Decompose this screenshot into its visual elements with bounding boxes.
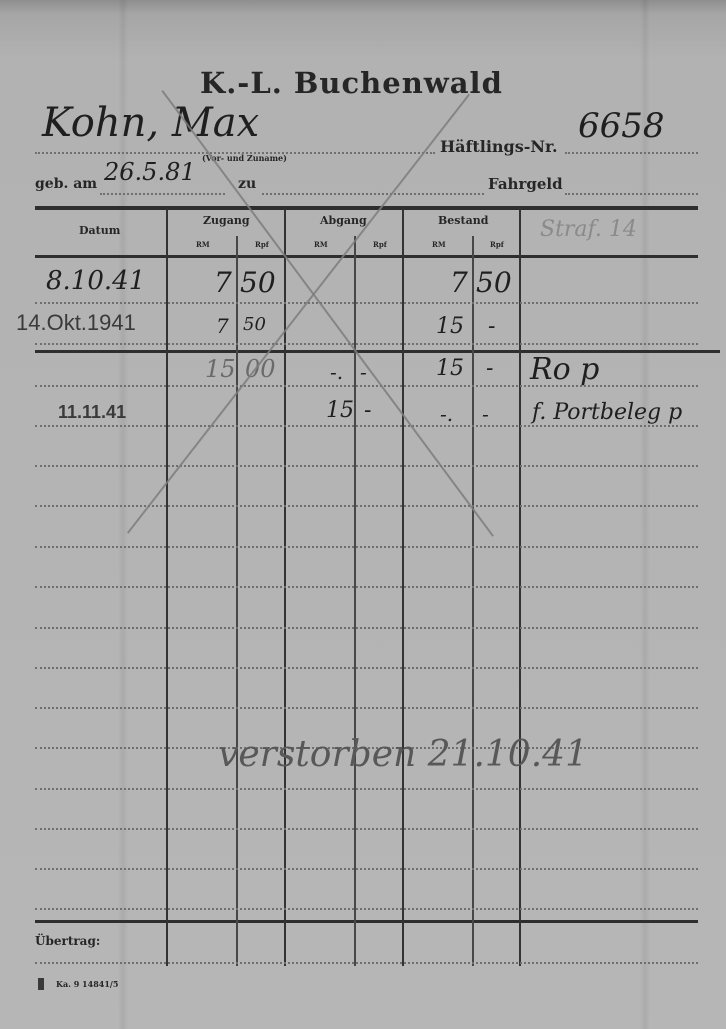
death-note: verstorben 21.10.41 <box>218 734 588 775</box>
printer-mark-icon <box>38 978 44 990</box>
row-line <box>35 707 698 709</box>
row4-out-rm: 15 <box>326 398 354 423</box>
row3-in-rm: 15 <box>205 355 236 383</box>
row2-bal-rpf: - <box>488 314 495 339</box>
col-header-balance: Bestand <box>438 214 488 227</box>
sub-header-rpf: Rpf <box>490 240 504 249</box>
card-title: K.-L. Buchenwald <box>200 66 503 100</box>
row-line <box>35 302 698 304</box>
row1-in-rpf: 50 <box>240 266 276 299</box>
prisoner-no-value: 6658 <box>578 106 665 146</box>
row2-in-rm: 7 <box>216 314 229 338</box>
row4-bal-rpf: - <box>482 402 489 426</box>
prisoner-money-card: K.-L. Buchenwald Kohn, Max (Vor- und Zun… <box>0 0 726 1029</box>
table-bottom-rule <box>35 920 698 923</box>
sub-header-rm: RM <box>196 240 210 249</box>
row3-remark-signature: Ro p <box>530 352 599 387</box>
row-line <box>35 828 698 830</box>
born-dotted-line <box>100 193 225 195</box>
col-divider <box>236 236 238 966</box>
row2-in-rpf: 50 <box>243 314 266 335</box>
row-line <box>35 505 698 507</box>
row4-remark: f. Portbeleg p <box>532 400 682 425</box>
col-header-outgoing: Abgang <box>320 214 367 227</box>
to-dotted-line <box>262 193 484 195</box>
sub-header-rpf: Rpf <box>373 240 387 249</box>
table-subtotal-rule <box>35 350 720 353</box>
row4-date-stamp: 11.11.41 <box>58 402 126 423</box>
prisoner-no-dotted-line <box>565 152 698 154</box>
carry-row-line <box>35 962 698 964</box>
table-top-rule <box>35 206 698 210</box>
row-line <box>35 586 698 588</box>
col-header-incoming: Zugang <box>203 214 250 227</box>
row-line <box>35 465 698 467</box>
col-divider <box>472 236 474 966</box>
row-line <box>35 868 698 870</box>
paper-fold <box>118 0 128 1029</box>
fare-label: Fahrgeld <box>488 175 563 193</box>
fare-dotted-line <box>565 193 698 195</box>
row-line <box>35 425 698 427</box>
row1-in-rm: 7 <box>214 266 232 299</box>
row-line <box>35 546 698 548</box>
row2-bal-rm: 15 <box>436 314 464 339</box>
row3-bal-rpf: - <box>486 356 493 381</box>
prisoner-no-label: Häftlings-Nr. <box>440 137 558 156</box>
row2-date-stamp: 14.Okt.1941 <box>16 310 136 336</box>
row3-bal-rm: 15 <box>436 356 464 381</box>
print-code: Ka. 9 14841/5 <box>56 979 118 989</box>
table-header-rule <box>35 255 698 258</box>
col-divider <box>354 236 356 966</box>
sub-header-rm: RM <box>432 240 446 249</box>
row3-out-rm: -. <box>330 360 343 384</box>
born-label: geb. am <box>35 176 97 192</box>
row4-out-rpf: - <box>364 398 371 423</box>
col-header-date: Datum <box>79 224 120 237</box>
born-value: 26.5.81 <box>104 158 196 186</box>
remark-header-note: Straf. 14 <box>540 217 637 242</box>
row-line <box>35 343 698 345</box>
row4-bal-rm: -. <box>440 402 453 426</box>
prisoner-name: Kohn, Max <box>42 100 259 146</box>
row1-bal-rm: 7 <box>450 266 468 299</box>
paper-fold <box>640 0 650 1029</box>
to-label: zu <box>238 176 256 192</box>
row-line <box>35 627 698 629</box>
sub-header-rpf: Rpf <box>255 240 269 249</box>
row-line <box>35 908 698 910</box>
row1-bal-rpf: 50 <box>476 266 512 299</box>
row1-date: 8.10.41 <box>46 266 145 296</box>
sub-header-rm: RM <box>314 240 328 249</box>
row-line <box>35 667 698 669</box>
carry-label: Übertrag: <box>35 934 100 948</box>
row-line <box>35 788 698 790</box>
